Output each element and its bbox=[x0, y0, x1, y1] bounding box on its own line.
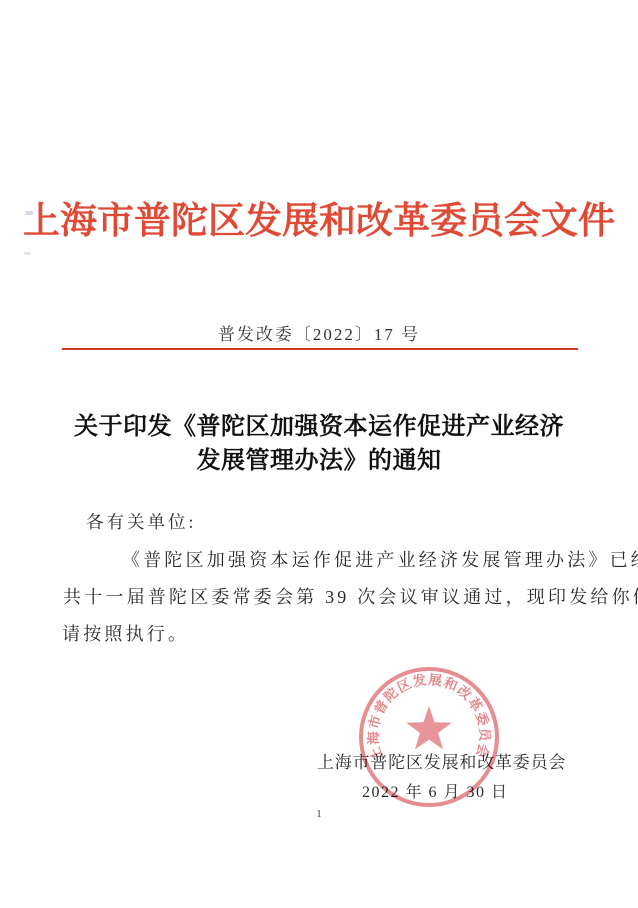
seal-star bbox=[406, 706, 452, 749]
body-paragraph-line: 请按照执行。 bbox=[62, 620, 189, 646]
document-page: 上海市普陀区发展和改革委员会文件 普发改委〔2022〕17 号 关于印发《普陀区… bbox=[0, 0, 638, 908]
page-number: 1 bbox=[0, 808, 638, 820]
signature-org-name: 上海市普陀区发展和改革委员会 bbox=[317, 748, 566, 773]
salutation: 各有关单位: bbox=[86, 509, 196, 534]
document-number: 普发改委〔2022〕17 号 bbox=[0, 320, 638, 345]
scan-artifact bbox=[24, 252, 31, 255]
red-divider-line bbox=[62, 348, 578, 350]
notice-title-line-1: 关于印发《普陀区加强资本运作促进产业经济 bbox=[0, 410, 638, 444]
notice-title-line-2: 发展管理办法》的通知 bbox=[0, 444, 638, 478]
body-paragraph-line: 共十一届普陀区委常委会第 39 次会议审议通过，现印发给你们， bbox=[63, 583, 638, 609]
signature-date: 2022 年 6 月 30 日 bbox=[362, 779, 509, 802]
letterhead-org-title: 上海市普陀区发展和改革委员会文件 bbox=[0, 190, 638, 244]
body-paragraph-line: 《普陀区加强资本运作促进产业经济发展管理办法》已经中 bbox=[122, 546, 638, 572]
notice-title: 关于印发《普陀区加强资本运作促进产业经济 发展管理办法》的通知 bbox=[0, 410, 638, 478]
